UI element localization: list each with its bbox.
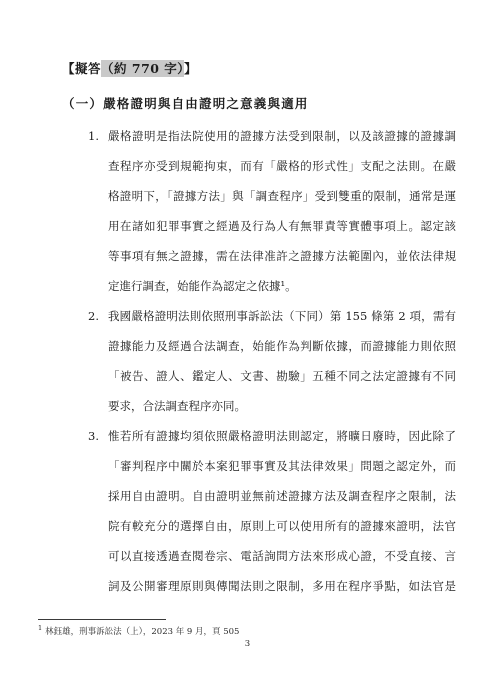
footnote-separator xyxy=(38,619,166,620)
list-item-1: 1. 嚴格證明是指法院使用的證據方法受到限制，以及該證據的證據調 查程序亦受到規… xyxy=(88,121,456,301)
list-marker: 3. xyxy=(88,421,108,601)
body-line: 格證明下，「證據方法」與「調查程序」受到雙重的限制，通常是運 xyxy=(108,181,456,211)
body-line: 院有較充分的選擇自由，原則上可以使用所有的證據來證明，法官 xyxy=(108,511,456,541)
list-marker: 2. xyxy=(88,301,108,421)
body-line: 查程序亦受到規範拘束，而有「嚴格的形式性」支配之法則。在嚴 xyxy=(108,151,456,181)
footnote-marker: 1 xyxy=(38,624,42,632)
answer-title: 【擬答（約 770 字）】 xyxy=(62,59,197,77)
answer-title-word-count-highlight: （約 770 字） xyxy=(101,60,184,77)
answer-body: 1. 嚴格證明是指法院使用的證據方法受到限制，以及該證據的證據調 查程序亦受到規… xyxy=(88,121,456,601)
body-line: 採用自由證明。自由證明並無前述證據方法及調查程序之限制，法 xyxy=(108,481,456,511)
body-line: 要求，合法調查程序亦同。 xyxy=(108,391,456,421)
body-line: 可以直接透過查閱卷宗、電話詢問方法來形成心證，不受直接、言 xyxy=(108,541,456,571)
paragraph-lines: 我國嚴格證明法則依照刑事訴訟法（下同）第 155 條第 2 項，需有 證據能力及… xyxy=(108,301,456,421)
page-number: 3 xyxy=(0,639,495,649)
list-item-2: 2. 我國嚴格證明法則依照刑事訴訟法（下同）第 155 條第 2 項，需有 證據… xyxy=(88,301,456,421)
paragraph-lines: 嚴格證明是指法院使用的證據方法受到限制，以及該證據的證據調 查程序亦受到規範拘束… xyxy=(108,121,456,301)
body-line: 用在諸如犯罪事實之經過及行為人有無罪責等實體事項上。認定該 xyxy=(108,211,456,241)
body-line: 等事項有無之證據，需在法律准許之證據方法範圍內，並依法律規 xyxy=(108,241,456,271)
paragraph-lines: 惟若所有證據均須依照嚴格證明法則認定，將曠日廢時，因此除了 「審判程序中關於本案… xyxy=(108,421,456,601)
body-line: 嚴格證明是指法院使用的證據方法受到限制，以及該證據的證據調 xyxy=(108,121,456,151)
body-line: 惟若所有證據均須依照嚴格證明法則認定，將曠日廢時，因此除了 xyxy=(108,421,456,451)
body-line: 證據能力及經過合法調查，始能作為判斷依據，而證據能力則依照 xyxy=(108,331,456,361)
document-page: 【擬答（約 770 字）】 （一）嚴格證明與自由證明之意義與適用 1. 嚴格證明… xyxy=(0,0,495,700)
body-line: 我國嚴格證明法則依照刑事訴訟法（下同）第 155 條第 2 項，需有 xyxy=(108,301,456,331)
body-line: 定進行調查，始能作為認定之依據¹。 xyxy=(108,271,456,301)
section-heading: （一）嚴格證明與自由證明之意義與適用 xyxy=(62,94,309,112)
answer-title-suffix: 】 xyxy=(184,61,197,76)
list-marker: 1. xyxy=(88,121,108,301)
answer-title-prefix: 【擬答 xyxy=(62,61,101,76)
footnote: 1林鈺雄，刑事訴訟法（上），2023 年 9 月，頁 505 xyxy=(38,624,239,637)
footnote-text: 林鈺雄，刑事訴訟法（上），2023 年 9 月，頁 505 xyxy=(45,627,239,637)
body-line: 「被告、證人、鑑定人、文書、勘驗」五種不同之法定證據有不同 xyxy=(108,361,456,391)
list-item-3: 3. 惟若所有證據均須依照嚴格證明法則認定，將曠日廢時，因此除了 「審判程序中關… xyxy=(88,421,456,601)
body-line: 「審判程序中關於本案犯罪事實及其法律效果」問題之認定外，而 xyxy=(108,451,456,481)
body-line: 詞及公開審理原則與傳聞法則之限制，多用在程序爭點，如法官是 xyxy=(108,571,456,601)
